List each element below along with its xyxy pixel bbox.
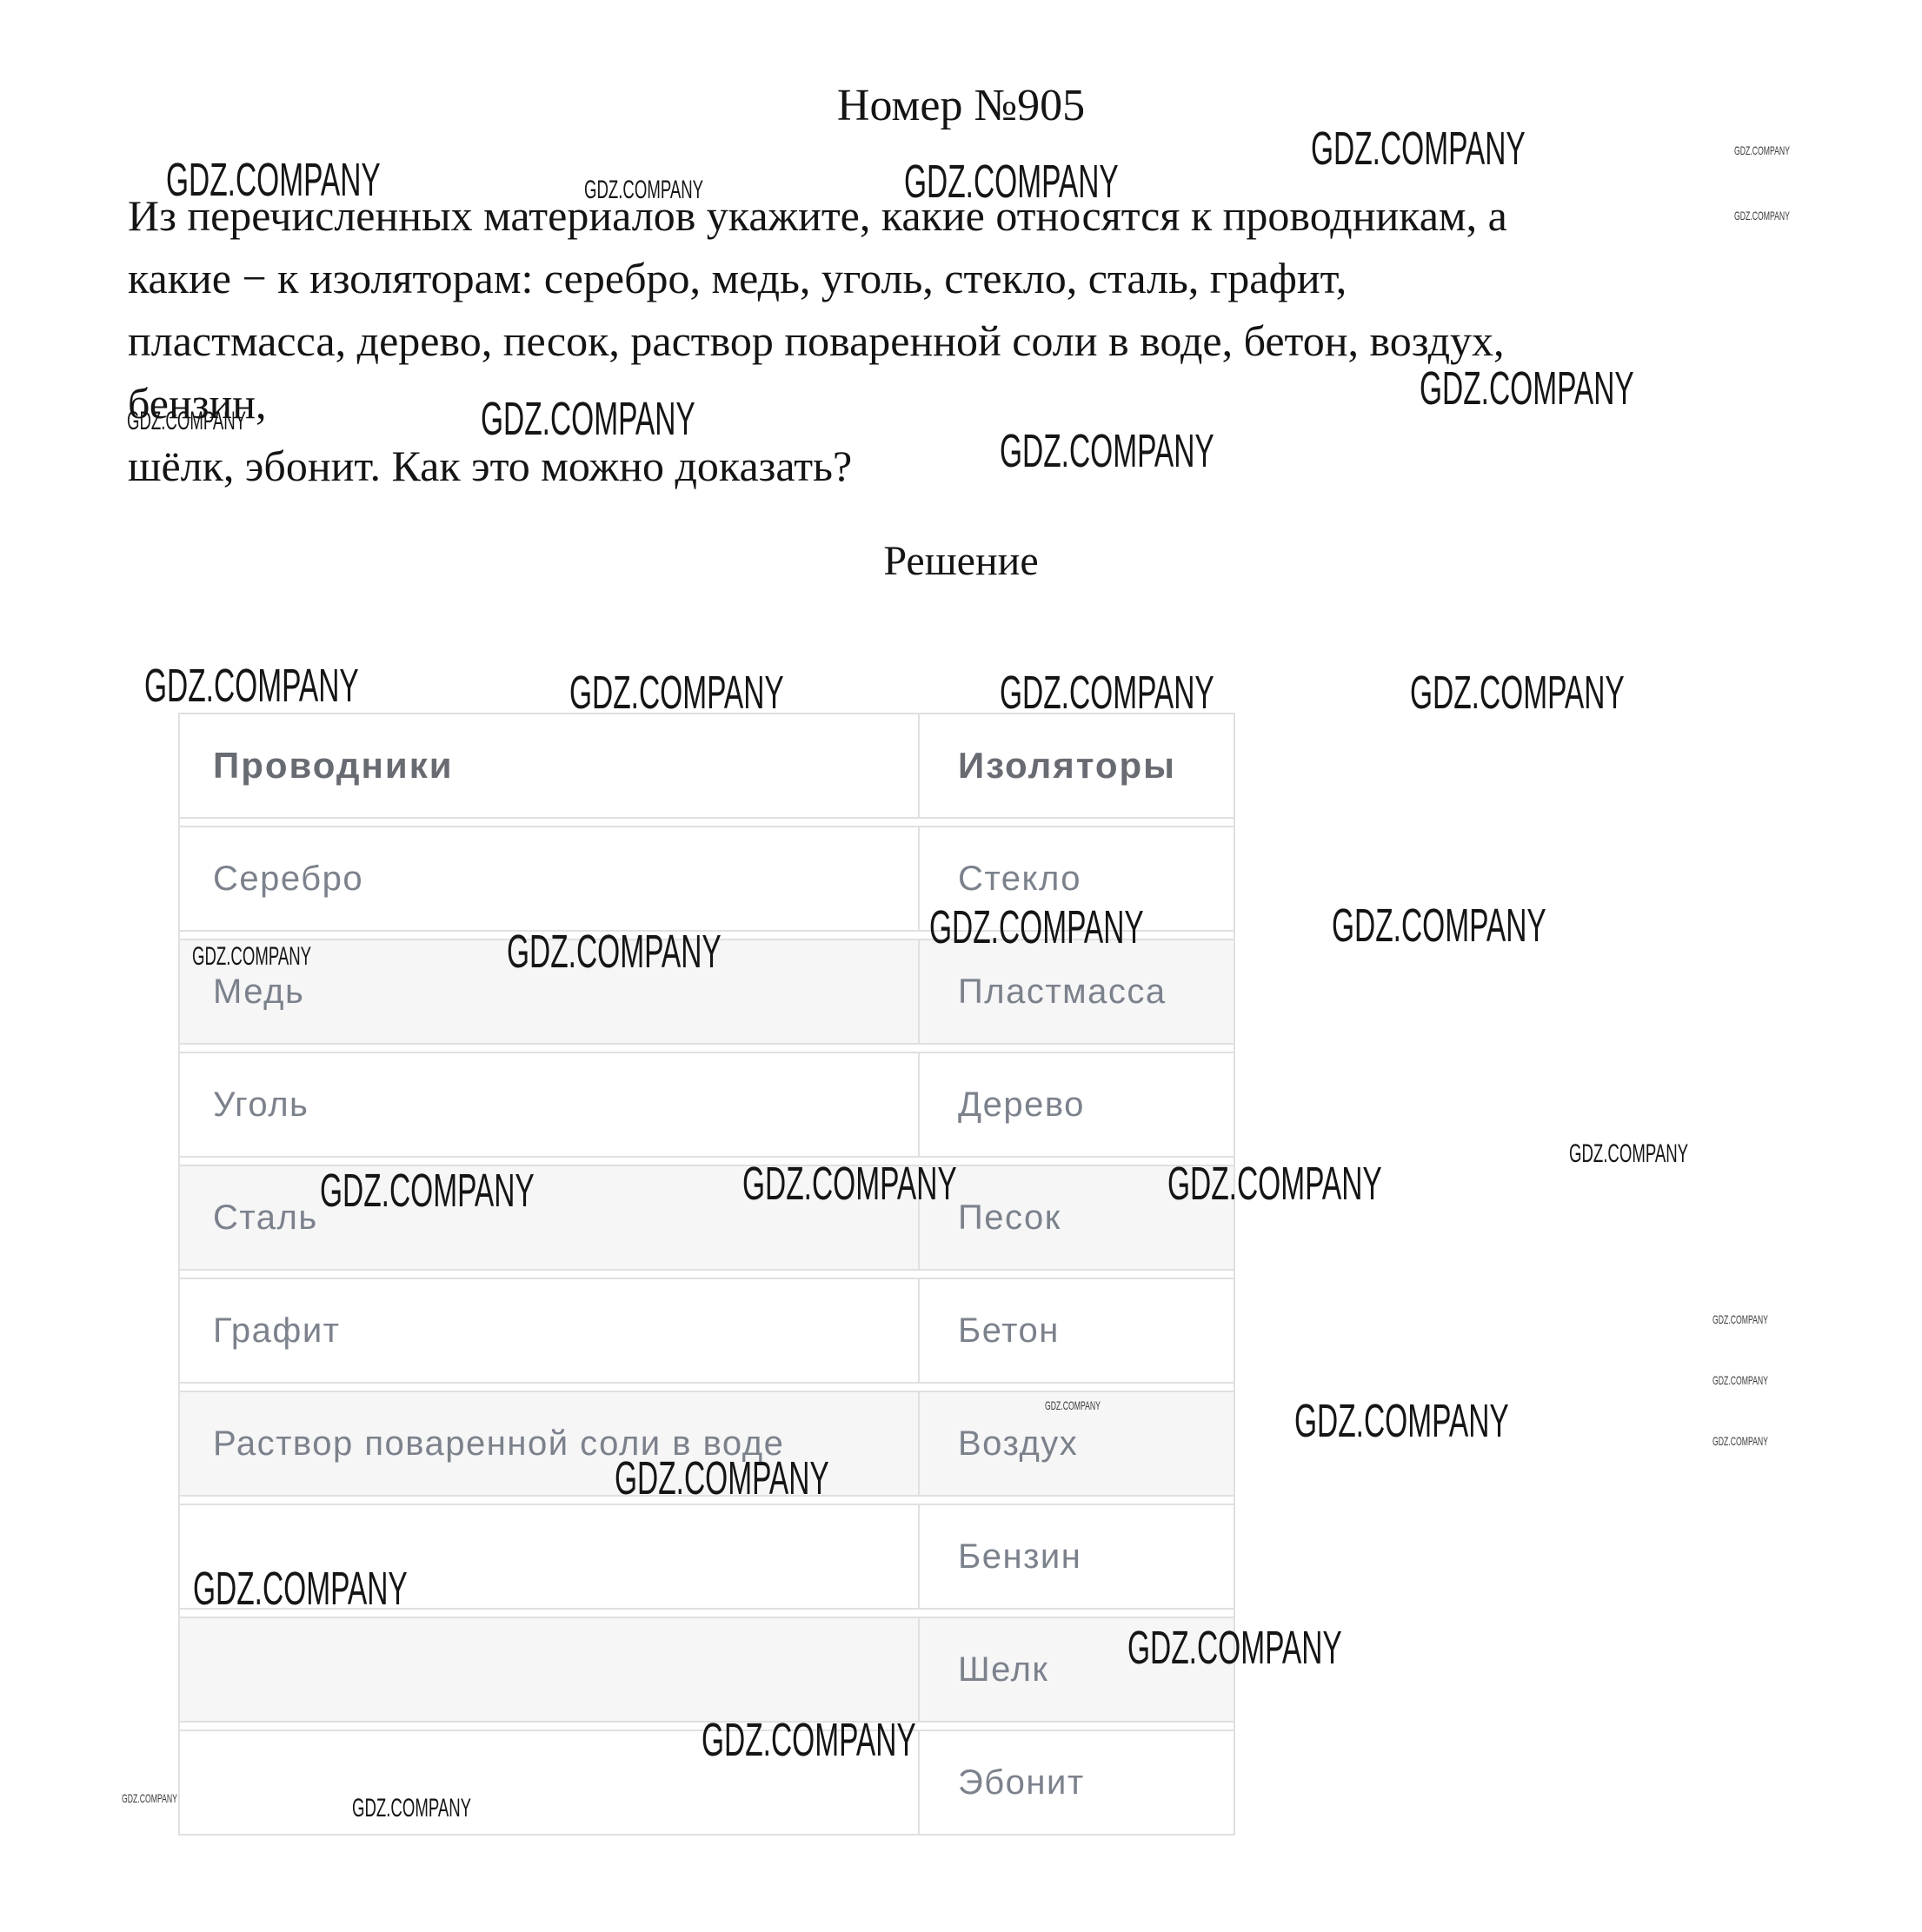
table-cell: Бетон	[918, 1279, 1234, 1382]
table-cell: Шелк	[918, 1618, 1234, 1721]
table-cell: Графит	[180, 1279, 918, 1382]
gdz-watermark: GDZ.COMPANY	[1332, 902, 1546, 949]
table-cell: Серебро	[180, 827, 918, 930]
table-row: МедьПластмасса	[180, 939, 1234, 1045]
table-cell: Сталь	[180, 1166, 918, 1269]
table-row: УгольДерево	[180, 1052, 1234, 1158]
gdz-watermark: GDZ.COMPANY	[122, 1792, 177, 1804]
question-text: Из перечисленных материалов укажите, как…	[128, 184, 1507, 497]
table-cell: Дерево	[918, 1053, 1234, 1156]
solution-table: ПроводникиИзоляторыСереброСтеклоМедьПлас…	[178, 713, 1235, 1836]
table-header-row: ПроводникиИзоляторы	[180, 713, 1234, 819]
table-row: Бензин	[180, 1504, 1234, 1610]
table-cell: Стекло	[918, 827, 1234, 930]
gdz-watermark: GDZ.COMPANY	[1713, 1435, 1768, 1447]
table-cell: Уголь	[180, 1053, 918, 1156]
gdz-watermark: GDZ.COMPANY	[1713, 1313, 1768, 1325]
question-line: Из перечисленных материалов укажите, как…	[128, 184, 1507, 247]
table-row: Шелк	[180, 1617, 1234, 1723]
table-header-cell: Изоляторы	[918, 714, 1234, 817]
gdz-watermark: GDZ.COMPANY	[1294, 1398, 1509, 1444]
table-row: Раствор поваренной соли в водеВоздух	[180, 1391, 1234, 1497]
page-title: Номер №905	[0, 80, 1922, 131]
gdz-watermark: GDZ.COMPANY	[1000, 669, 1214, 716]
table-row: Эбонит	[180, 1730, 1234, 1836]
table-row: СереброСтекло	[180, 826, 1234, 932]
table-cell: Бензин	[918, 1505, 1234, 1608]
question-line: бензин,	[128, 372, 1507, 435]
gdz-watermark: GDZ.COMPANY	[569, 669, 784, 716]
question-line: какие − к изоляторам: серебро, медь, уго…	[128, 247, 1507, 309]
table-row: СтальПесок	[180, 1165, 1234, 1271]
table-cell	[180, 1618, 918, 1721]
gdz-watermark: GDZ.COMPANY	[1311, 125, 1526, 172]
question-line: шёлк, эбонит. Как это можно доказать?	[128, 435, 1507, 497]
solution-heading: Решение	[0, 537, 1922, 585]
document-page: Номер №905 Из перечисленных материалов у…	[0, 0, 1922, 1932]
table-cell	[180, 1505, 918, 1608]
table-cell: Раствор поваренной соли в воде	[180, 1392, 918, 1495]
gdz-watermark: GDZ.COMPANY	[1569, 1141, 1688, 1167]
gdz-watermark: GDZ.COMPANY	[1410, 669, 1625, 716]
table-cell: Медь	[180, 940, 918, 1043]
gdz-watermark: GDZ.COMPANY	[1713, 1374, 1768, 1386]
table-cell: Воздух	[918, 1392, 1234, 1495]
table-header-cell: Проводники	[180, 714, 918, 817]
table-cell: Песок	[918, 1166, 1234, 1269]
question-line: пластмасса, дерево, песок, раствор повар…	[128, 309, 1507, 372]
gdz-watermark: GDZ.COMPANY	[1734, 144, 1790, 156]
table-cell	[180, 1731, 918, 1834]
gdz-watermark: GDZ.COMPANY	[1734, 209, 1790, 222]
table-row: ГрафитБетон	[180, 1278, 1234, 1384]
gdz-watermark: GDZ.COMPANY	[144, 662, 359, 709]
table-cell: Эбонит	[918, 1731, 1234, 1834]
table-cell: Пластмасса	[918, 940, 1234, 1043]
